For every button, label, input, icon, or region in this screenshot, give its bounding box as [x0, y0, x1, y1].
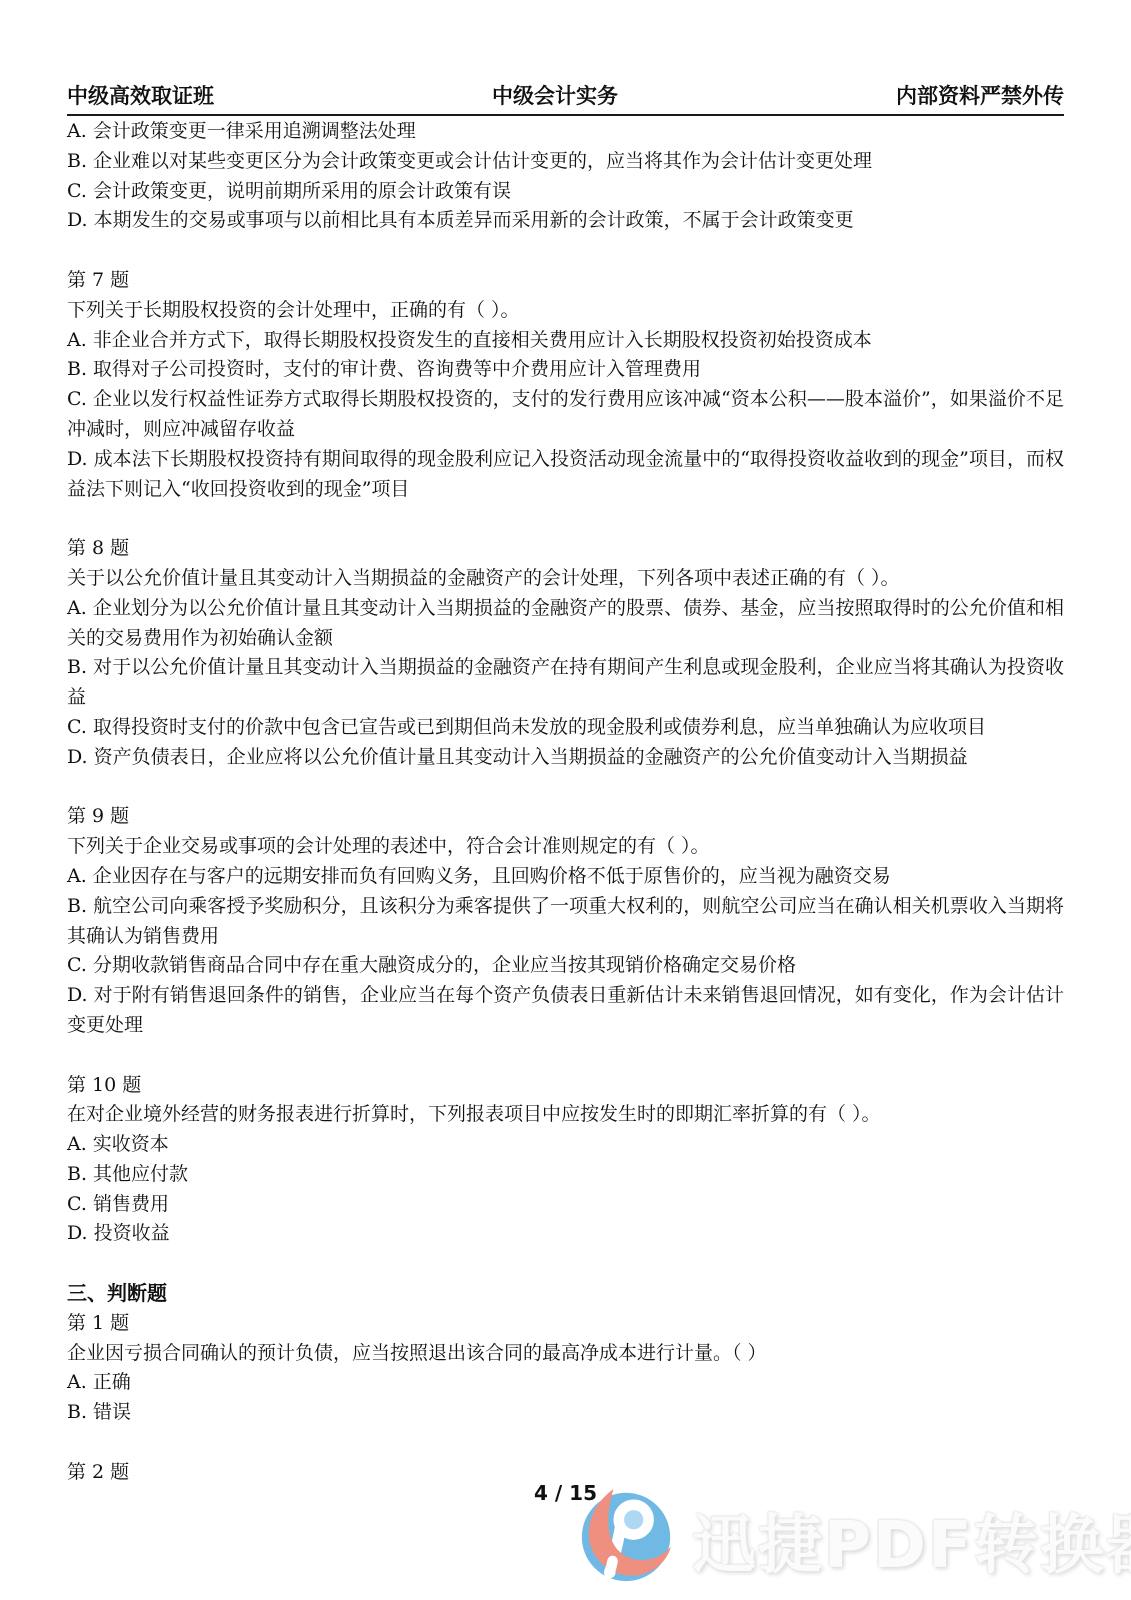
question-title: 第 10 题: [67, 1071, 1064, 1101]
question-option: C. 取得投资时支付的价款中包含已宣告或已到期但尚未发放的现金股利或债券利息，应…: [67, 713, 1064, 743]
question-option: D. 资产负债表日，企业应将以公允价值计量且其变动计入当期损益的金融资产的公允价…: [67, 743, 1064, 773]
question-stem: 企业因亏损合同确认的预计负债，应当按照退出该合同的最高净成本进行计量。（ ）: [67, 1339, 1064, 1369]
question-option: B. 错误: [67, 1398, 1064, 1428]
question-option: A. 企业因存在与客户的远期安排而负有回购义务，且回购价格不低于原售价的，应当视…: [67, 862, 1064, 892]
question-option: B. 其他应付款: [67, 1160, 1064, 1190]
section-judgment: 三、判断题 第 1 题 企业因亏损合同确认的预计负债，应当按照退出该合同的最高净…: [67, 1279, 1064, 1428]
question-option: B. 对于以公允价值计量且其变动计入当期损益的金融资产在持有期间产生利息或现金股…: [67, 653, 1064, 713]
question-10: 第 10 题 在对企业境外经营的财务报表进行折算时，下列报表项目中应按发生时的即…: [67, 1071, 1064, 1250]
question-title: 第 1 题: [67, 1309, 1064, 1339]
question-option: A. 实收资本: [67, 1130, 1064, 1160]
question-option: B. 航空公司向乘客授予奖励积分，且该积分为乘客提供了一项重大权利的，则航空公司…: [67, 892, 1064, 952]
xunjie-pdf-logo-icon: [578, 1488, 674, 1584]
section-heading: 三、判断题: [67, 1279, 1064, 1309]
question-stem: 下列关于企业交易或事项的会计处理的表述中，符合会计准则规定的有（ ）。: [67, 832, 1064, 862]
question-option: C. 分期收款销售商品合同中存在重大融资成分的，企业应当按其现销价格确定交易价格: [67, 951, 1064, 981]
question-stem: 下列关于长期股权投资的会计处理中，正确的有（ ）。: [67, 296, 1064, 326]
page-header: 中级高效取证班 中级会计实务 内部资料严禁外传: [67, 84, 1064, 116]
watermark-text: 迅捷PDF转换器: [692, 1494, 1131, 1586]
question-6-options: A. 会计政策变更一律采用追溯调整法处理 B. 企业难以对某些变更区分为会计政策…: [67, 117, 1064, 236]
question-option: C. 销售费用: [67, 1190, 1064, 1220]
question-stem: 在对企业境外经营的财务报表进行折算时，下列报表项目中应按发生时的即期汇率折算的有…: [67, 1100, 1064, 1130]
question-7: 第 7 题 下列关于长期股权投资的会计处理中，正确的有（ ）。 A. 非企业合并…: [67, 266, 1064, 504]
question-option: C. 会计政策变更，说明前期所采用的原会计政策有误: [67, 177, 1064, 207]
logo-p-bowl: [619, 1505, 649, 1535]
question-stem: 关于以公允价值计量且其变动计入当期损益的金融资产的会计处理，下列各项中表述正确的…: [67, 564, 1064, 594]
question-option: D. 对于附有销售退回条件的销售，企业应当在每个资产负债表日重新估计未来销售退回…: [67, 981, 1064, 1041]
header-confidential-notice: 内部资料严禁外传: [896, 84, 1064, 108]
question-option: D. 本期发生的交易或事项与以前相比具有本质差异而采用新的会计政策，不属于会计政…: [67, 206, 1064, 236]
question-title: 第 8 题: [67, 534, 1064, 564]
question-option: D. 成本法下长期股权投资持有期间取得的现金股利应记入投资活动现金流量中的“取得…: [67, 445, 1064, 505]
question-9: 第 9 题 下列关于企业交易或事项的会计处理的表述中，符合会计准则规定的有（ ）…: [67, 802, 1064, 1040]
question-option: B. 取得对子公司投资时，支付的审计费、咨询费等中介费用应计入管理费用: [67, 355, 1064, 385]
question-option: A. 正确: [67, 1368, 1064, 1398]
question-8: 第 8 题 关于以公允价值计量且其变动计入当期损益的金融资产的会计处理，下列各项…: [67, 534, 1064, 772]
logo-p-stem-tail: [610, 1561, 613, 1573]
document-body: A. 会计政策变更一律采用追溯调整法处理 B. 企业难以对某些变更区分为会计政策…: [67, 117, 1064, 1488]
question-title: 第 9 题: [67, 802, 1064, 832]
question-option: A. 企业划分为以公允价值计量且其变动计入当期损益的金融资产的股票、债券、基金，…: [67, 594, 1064, 654]
question-option: A. 会计政策变更一律采用追溯调整法处理: [67, 117, 1064, 147]
question-option: C. 企业以发行权益性证券方式取得长期股权投资的，支付的发行费用应该冲减“资本公…: [67, 385, 1064, 445]
header-course-name: 中级高效取证班: [67, 84, 214, 108]
question-title: 第 7 题: [67, 266, 1064, 296]
question-option: A. 非企业合并方式下，取得长期股权投资发生的直接相关费用应计入长期股权投资初始…: [67, 326, 1064, 356]
pdf-page: 中级高效取证班 中级会计实务 内部资料严禁外传 A. 会计政策变更一律采用追溯调…: [0, 0, 1131, 1600]
question-option: B. 企业难以对某些变更区分为会计政策变更或会计估计变更的，应当将其作为会计估计…: [67, 147, 1064, 177]
question-option: D. 投资收益: [67, 1219, 1064, 1249]
header-subject-name: 中级会计实务: [492, 84, 618, 108]
